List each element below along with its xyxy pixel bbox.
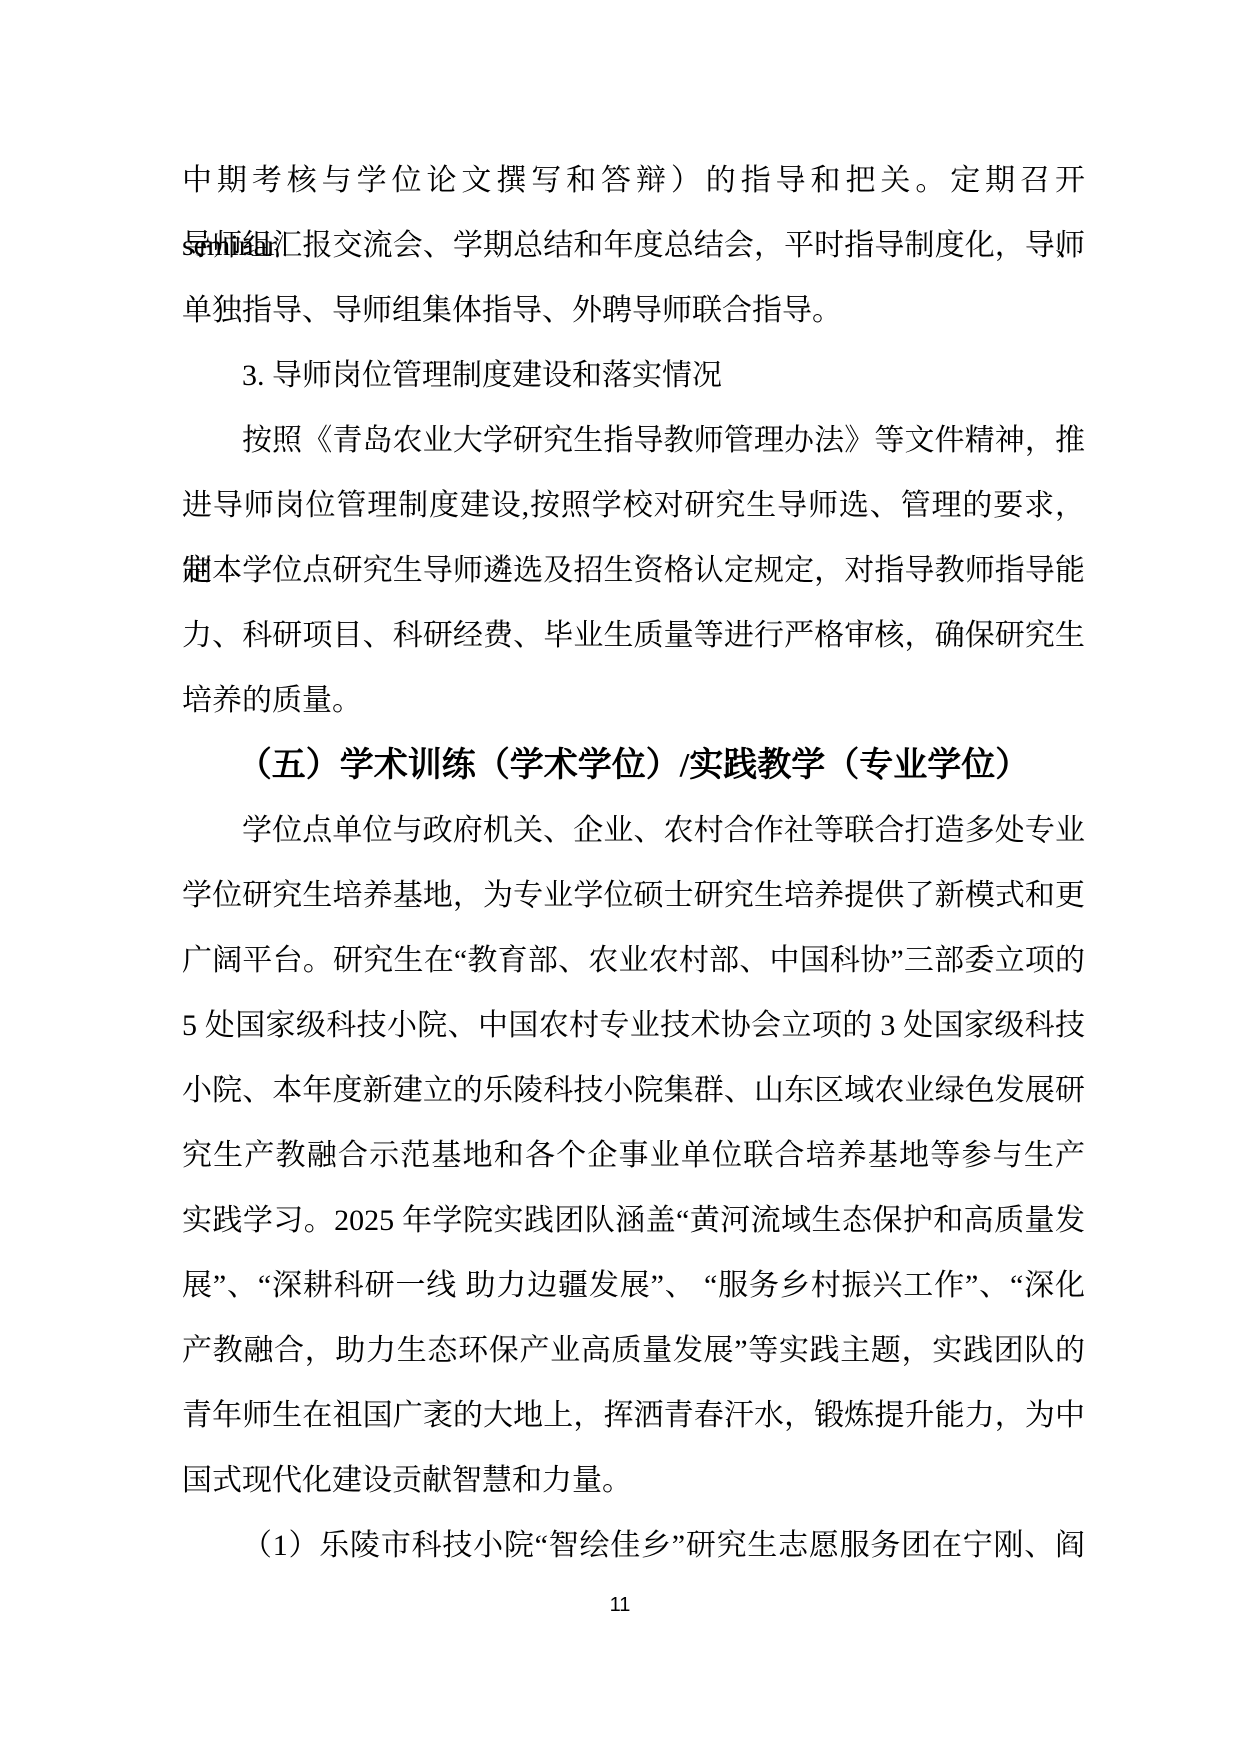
paragraph: （1）乐陵市科技小院“智绘佳乡”研究生志愿服务团在宁刚、阎	[182, 1513, 1085, 1578]
section-heading: （五）学术训练（学术学位）/实践教学（专业学位）	[182, 733, 1085, 798]
text-line: 5 处国家级科技小院、中国农村专业技术协会立项的 3 处国家级科技	[182, 993, 1085, 1058]
text-line: 究生产教融合示范基地和各个企事业单位联合培养基地等参与生产	[182, 1123, 1085, 1188]
text-line: 定本学位点研究生导师遴选及招生资格认定规定，对指导教师指导能	[182, 538, 1085, 603]
paragraph: 中期考核与学位论文撰写和答辩）的指导和把关。定期召开 seminar、导师组汇报…	[182, 148, 1085, 343]
text-line: 青年师生在祖国广袤的大地上，挥洒青春汗水，锻炼提升能力，为中	[182, 1383, 1085, 1448]
text-line: 小院、本年度新建立的乐陵科技小院集群、山东区域农业绿色发展研	[182, 1058, 1085, 1123]
page-content: 中期考核与学位论文撰写和答辩）的指导和把关。定期召开 seminar、导师组汇报…	[182, 148, 1085, 1578]
document-page: 中期考核与学位论文撰写和答辩）的指导和把关。定期召开 seminar、导师组汇报…	[0, 0, 1240, 1753]
text-line: 实践学习。2025 年学院实践团队涵盖“黄河流域生态保护和高质量发	[182, 1188, 1085, 1253]
paragraph: 3. 导师岗位管理制度建设和落实情况	[182, 343, 1085, 408]
text-line: 广阔平台。研究生在“教育部、农业农村部、中国科协”三部委立项的	[182, 928, 1085, 993]
text-line: 产教融合，助力生态环保产业高质量发展”等实践主题，实践团队的	[182, 1318, 1085, 1383]
text-line: 学位点单位与政府机关、企业、农村合作社等联合打造多处专业	[182, 798, 1085, 863]
text-line: 3. 导师岗位管理制度建设和落实情况	[182, 343, 1085, 408]
text-line: 按照《青岛农业大学研究生指导教师管理办法》等文件精神，推	[182, 408, 1085, 473]
text-line: 单独指导、导师组集体指导、外聘导师联合指导。	[182, 278, 1085, 343]
paragraph: 按照《青岛农业大学研究生指导教师管理办法》等文件精神，推进导师岗位管理制度建设,…	[182, 408, 1085, 733]
page-number: 11	[0, 1592, 1240, 1618]
text-line: 力、科研项目、科研经费、毕业生质量等进行严格审核，确保研究生	[182, 603, 1085, 668]
text-line: 培养的质量。	[182, 668, 1085, 733]
heading-line: （五）学术训练（学术学位）/实践教学（专业学位）	[182, 733, 1085, 798]
text-line: 进导师岗位管理制度建设,按照学校对研究生导师选、管理的要求，制	[182, 473, 1085, 538]
paragraph: 学位点单位与政府机关、企业、农村合作社等联合打造多处专业学位研究生培养基地，为专…	[182, 798, 1085, 1513]
text-line: 学位研究生培养基地，为专业学位硕士研究生培养提供了新模式和更	[182, 863, 1085, 928]
text-line: 导师组汇报交流会、学期总结和年度总结会，平时指导制度化，导师	[182, 213, 1085, 278]
text-line: 国式现代化建设贡献智慧和力量。	[182, 1448, 1085, 1513]
text-line: 中期考核与学位论文撰写和答辩）的指导和把关。定期召开 seminar、	[182, 148, 1085, 213]
text-line: （1）乐陵市科技小院“智绘佳乡”研究生志愿服务团在宁刚、阎	[182, 1513, 1085, 1578]
text-line: 展”、“深耕科研一线 助力边疆发展”、 “服务乡村振兴工作”、“深化	[182, 1253, 1085, 1318]
